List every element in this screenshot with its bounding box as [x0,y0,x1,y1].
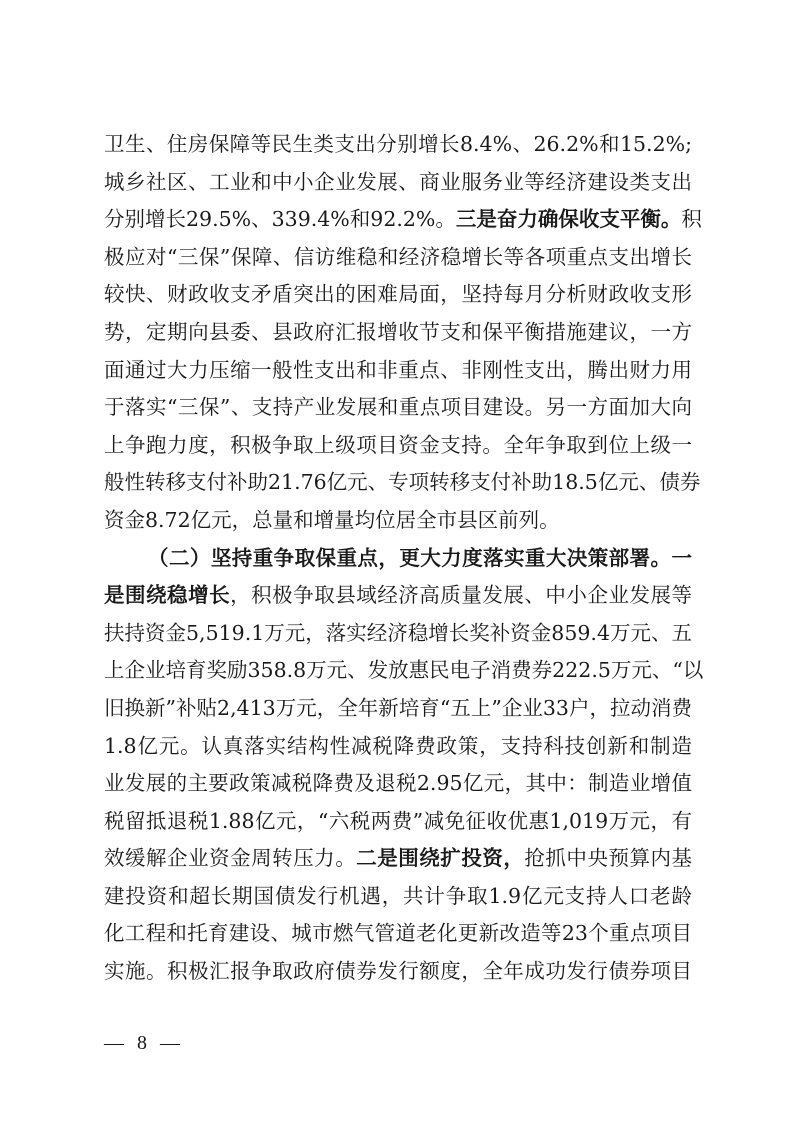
text-run: 上企业培育奖励358.8万元、发放惠民电子消费券222.5万元、“以 [104,658,703,682]
text-line: 资金8.72亿元，总量和增量均位居全市县区前列。 [104,502,692,540]
text-run: 城乡社区、工业和中小企业发展、商业服务业等经济建设类支出 [104,170,692,194]
text-line: 势，定期向县委、县政府汇报增收节支和保平衡措施建议，一方 [104,314,692,352]
text-line: 较快、财政收支矛盾突出的困难局面，坚持每月分析财政收支形 [104,276,692,314]
text-run: 卫生、住房保障等民生类支出分别增长8.4%、26.2%和15.2%; [104,132,692,156]
text-line: 旧换新”补贴2,413万元，全年新培育“五上”企业33户，拉动消费 [104,690,692,728]
text-line: 1.8亿元。认真落实结构性减税降费政策，支持科技创新和制造 [104,728,692,766]
bold-phrase: 二是围绕扩投资， [356,846,524,870]
text-line: 面通过大力压缩一般性支出和非重点、非刚性支出，腾出财力用 [104,352,692,390]
text-line: 建投资和超长期国债发行机遇，共计争取1.9亿元支持人口老龄 [104,878,692,916]
text-line: 扶持资金5,519.1万元，落实经济稳增长奖补资金859.4万元、五 [104,615,692,653]
bold-phrase: 是围绕稳增长 [104,583,230,607]
section-heading-line: （二）坚持重争取保重点，更大力度落实重大决策部署。一 [104,540,692,578]
text-run: 效缓解企业资金周转压力。 [104,846,356,870]
text-run: 实施。积极汇报争取政府债券发行额度，全年成功发行债券项目 [104,959,692,983]
text-run: 税留抵退税1.88亿元，“六税两费”减免征收优惠1,019万元，有 [104,809,692,833]
text-line: 业发展的主要政策减税降费及退税2.95亿元，其中：制造业增值 [104,765,692,803]
text-line: 卫生、住房保障等民生类支出分别增长8.4%、26.2%和15.2%; [104,126,692,164]
text-line: 于落实“三保”、支持产业发展和重点项目建设。另一方面加大向 [104,389,692,427]
text-line: 是围绕稳增长，积极争取县域经济高质量发展、中小企业发展等 [104,577,692,615]
text-line: 税留抵退税1.88亿元，“六税两费”减免征收优惠1,019万元，有 [104,803,692,841]
text-line: 上争跑力度，积极争取上级项目资金支持。全年争取到位上级一 [104,427,692,465]
text-run: 化工程和托育建设、城市燃气管道老化更新改造等23个重点项目 [104,921,692,945]
text-line: 效缓解企业资金周转压力。二是围绕扩投资，抢抓中央预算内基 [104,840,692,878]
text-line: 极应对“三保”保障、信访维稳和经济稳增长等各项重点支出增长 [104,239,692,277]
text-line: 般性转移支付补助21.76亿元、专项转移支付补助18.5亿元、债券 [104,464,692,502]
text-run: 分别增长29.5%、339.4%和92.2%。 [104,207,456,231]
text-run: 业发展的主要政策减税降费及退税2.95亿元，其中：制造业增值 [104,771,692,795]
text-run: ，积极争取县域经济高质量发展、中小企业发展等 [230,583,692,607]
text-run: 扶持资金5,519.1万元，落实经济稳增长奖补资金859.4万元、五 [104,621,692,645]
page-number: — 8 — [104,1032,184,1055]
text-run: 抢抓中央预算内基 [524,846,692,870]
text-run: 旧换新”补贴2,413万元，全年新培育“五上”企业33户，拉动消费 [104,696,692,720]
bold-phrase: 三是奋力确保收支平衡。 [456,207,682,231]
text-run: 建投资和超长期国债发行机遇，共计争取1.9亿元支持人口老龄 [104,884,692,908]
text-line: 上企业培育奖励358.8万元、发放惠民电子消费券222.5万元、“以 [104,652,692,690]
text-line: 分别增长29.5%、339.4%和92.2%。三是奋力确保收支平衡。积 [104,201,692,239]
text-run: 势，定期向县委、县政府汇报增收节支和保平衡措施建议，一方 [104,320,692,344]
text-run: 面通过大力压缩一般性支出和非重点、非刚性支出，腾出财力用 [104,358,692,382]
text-run: 般性转移支付补助21.76亿元、专项转移支付补助18.5亿元、债券 [104,470,700,494]
text-run: 1.8亿元。认真落实结构性减税降费政策，支持科技创新和制造 [104,734,692,758]
text-run: 积 [681,207,702,231]
text-run: 于落实“三保”、支持产业发展和重点项目建设。另一方面加大向 [104,395,692,419]
text-run: 上争跑力度，积极争取上级项目资金支持。全年争取到位上级一 [104,433,692,457]
text-line: 化工程和托育建设、城市燃气管道老化更新改造等23个重点项目 [104,915,692,953]
text-run: 极应对“三保”保障、信访维稳和经济稳增长等各项重点支出增长 [104,245,692,269]
text-run: 资金8.72亿元，总量和增量均位居全市县区前列。 [104,508,560,532]
document-body: 卫生、住房保障等民生类支出分别增长8.4%、26.2%和15.2%;城乡社区、工… [104,126,692,991]
text-line: 实施。积极汇报争取政府债券发行额度，全年成功发行债券项目 [104,953,692,991]
bold-phrase: （二）坚持重争取保重点，更大力度落实重大决策部署。一 [148,546,692,570]
text-run: 较快、财政收支矛盾突出的困难局面，坚持每月分析财政收支形 [104,282,692,306]
text-line: 城乡社区、工业和中小企业发展、商业服务业等经济建设类支出 [104,164,692,202]
